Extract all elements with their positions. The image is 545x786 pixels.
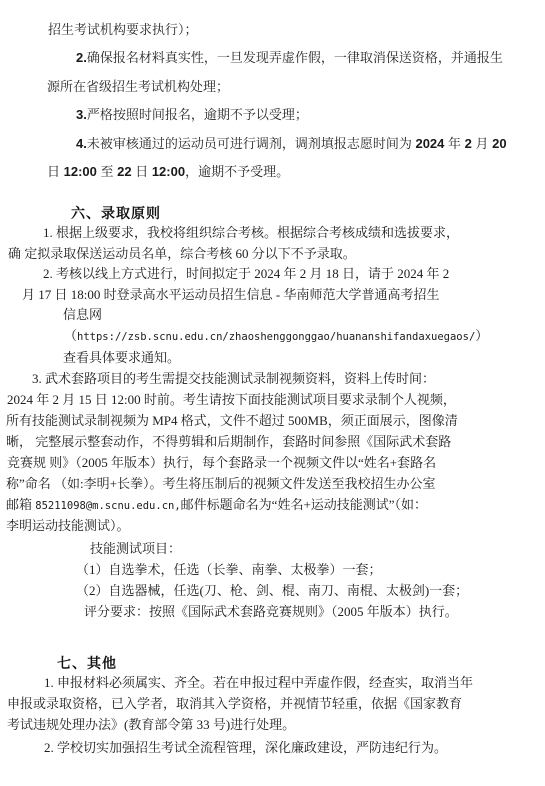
bold-text: 2. (76, 50, 87, 65)
bold-text: 12:00 (152, 164, 185, 179)
text-segment: 考试违规处理办法》(教育部令第 33 号)进行处理。 (7, 717, 295, 732)
section-six-line: （https://zsb.scnu.edu.cn/zhaoshenggongga… (64, 328, 488, 344)
section-seven-heading: 七、其他 (57, 653, 117, 673)
text-segment: 至 (97, 164, 117, 179)
section-six-line: 信息网 (63, 307, 102, 323)
text-segment: 招生考试机构要求执行）； (48, 22, 198, 37)
section-six-line: 所有技能测试录制视频为 MP4 格式，文件不超过 500MB，须正面展示，图像清 (6, 413, 458, 429)
bold-text: 22 (117, 164, 131, 179)
inline-url-text: 85211098@m.scnu.edu.cn, (35, 500, 180, 512)
text-segment: （2）自选器械，任选(刀、枪、剑、棍、南刀、南棍、太极剑)一套； (76, 583, 468, 598)
section-six-line: （1）自选拳术，任选（长拳、南拳、太极拳）一套； (76, 562, 382, 578)
text-segment: 年 (444, 136, 464, 151)
text-segment: 确 定拟录取保送运动员名单，综合考核 60 分以下不予录取。 (8, 246, 356, 261)
section-six-line: 晰， 完整展示整套动作，不得剪辑和后期制作，套路时间参照《国际武术套路 (6, 434, 451, 450)
text-segment: 2. 学校切实加强招生考试全流程管理，深化廉政建设，严防违纪行为。 (44, 740, 447, 755)
text-segment: 源所在省级招生考试机构处理； (47, 79, 229, 94)
bold-text: 4. (76, 136, 87, 151)
text-segment: 邮箱 (6, 497, 35, 512)
preamble-line: 日 12:00 至 22 日 12:00，逾期不予受理。 (47, 164, 289, 180)
bold-text: 2 (465, 136, 472, 151)
bold-text: 12:00 (64, 164, 97, 179)
inline-url-text: https://zsb.scnu.edu.cn/zhaoshenggonggao… (77, 331, 475, 343)
text-segment: 评分要求：按照《国际武术套路竞赛规则》（2005 年版本）执行。 (84, 604, 458, 619)
text-segment: 晰， 完整展示整套动作，不得剪辑和后期制作，套路时间参照《国际武术套路 (6, 434, 451, 449)
bold-text: 3. (76, 107, 87, 122)
section-six-line: 技能测试项目： (90, 541, 181, 557)
text-segment: 2024 年 2 月 15 日 12:00 时前。考生请按下面技能测试项目要求录… (7, 392, 456, 407)
section-six-line: 2024 年 2 月 15 日 12:00 时前。考生请按下面技能测试项目要求录… (7, 392, 456, 408)
text-segment: 严格按照时间报名，逾期不予以受理； (87, 107, 308, 122)
text-segment: ，逾期不予受理。 (185, 164, 289, 179)
text-segment: 称”命名 （如:李明+长拳）。考生将压制后的视频文件发送至我校招生办公室 (6, 476, 435, 491)
section-six-line: （2）自选器械，任选(刀、枪、剑、棍、南刀、南棍、太极剑)一套； (76, 583, 468, 599)
text-segment: 日 (47, 164, 64, 179)
text-segment: （ (64, 328, 77, 343)
text-segment: 李明运动技能测试）。 (6, 518, 130, 533)
text-segment: ） (475, 328, 488, 343)
text-segment: 查看具体要求通知。 (63, 350, 180, 365)
section-six-line: 2. 考核以线上方式进行，时间拟定于 2024 年 2 月 18 日，请于 20… (43, 266, 449, 282)
document-page: 招生考试机构要求执行）；2.确保报名材料真实性，一旦发现弄虚作假，一律取消保送资… (0, 0, 545, 786)
text-segment: 确保报名材料真实性，一旦发现弄虚作假，一律取消保送资格，并通报生 (87, 50, 503, 65)
preamble-line: 4.未被审核通过的运动员可进行调剂，调剂填报志愿时间为 2024 年 2 月 2… (76, 136, 507, 152)
text-segment: 1. 申报材料必须属实、齐全。若在申报过程中弄虚作假，经查实，取消当年 (44, 675, 473, 690)
text-segment: 邮件标题命名为“姓名+运动技能测试”（如： (181, 497, 427, 512)
section-six-line: 评分要求：按照《国际武术套路竞赛规则》（2005 年版本）执行。 (84, 604, 458, 620)
section-six-line: 确 定拟录取保送运动员名单，综合考核 60 分以下不予录取。 (8, 246, 356, 262)
section-six-line: 邮箱 85211098@m.scnu.edu.cn,邮件标题命名为“姓名+运动技… (6, 497, 427, 513)
section-six-line: 查看具体要求通知。 (63, 350, 180, 366)
section-six-line: 称”命名 （如:李明+长拳）。考生将压制后的视频文件发送至我校招生办公室 (6, 476, 435, 492)
text-segment: 2. 考核以线上方式进行，时间拟定于 2024 年 2 月 18 日，请于 20… (43, 266, 449, 281)
section-seven-line: 2. 学校切实加强招生考试全流程管理，深化廉政建设，严防违纪行为。 (44, 740, 447, 756)
section-seven-line: 申报或录取资格，已入学者，取消其入学资格，并视情节轻重，依据《国家教育 (7, 696, 462, 712)
section-six-line: 竞赛规 则》（2005 年版本）执行，每个套路录一个视频文件以“姓名+套路名 (7, 455, 436, 471)
text-segment: 未被审核通过的运动员可进行调剂，调剂填报志愿时间为 (87, 136, 416, 151)
bold-text: 20 (492, 136, 506, 151)
text-segment: 3. 武术套路项目的考生需提交技能测试录制视频资料，资料上传时间： (32, 371, 435, 386)
preamble-line: 3.严格按照时间报名，逾期不予以受理； (76, 107, 308, 123)
text-segment: 月 17 日 18:00 时登录高水平运动员招生信息 - 华南师范大学普通高考招… (22, 287, 439, 302)
text-segment: 日 (132, 164, 152, 179)
section-seven-line: 考试违规处理办法》(教育部令第 33 号)进行处理。 (7, 717, 295, 733)
bold-text: 2024 (415, 136, 444, 151)
text-segment: 所有技能测试录制视频为 MP4 格式，文件不超过 500MB，须正面展示，图像清 (6, 413, 458, 428)
text-segment: 技能测试项目： (90, 541, 181, 556)
section-seven-line: 1. 申报材料必须属实、齐全。若在申报过程中弄虚作假，经查实，取消当年 (44, 675, 473, 691)
text-segment: 月 (472, 136, 492, 151)
preamble-line: 2.确保报名材料真实性，一旦发现弄虚作假，一律取消保送资格，并通报生 (76, 50, 503, 66)
preamble-line: 源所在省级招生考试机构处理； (47, 79, 229, 95)
text-segment: 1. 根据上级要求，我校将组织综合考核。根据综合考核成绩和选拔要求， (43, 225, 459, 240)
section-six-heading: 六、录取原则 (71, 203, 161, 223)
text-segment: （1）自选拳术，任选（长拳、南拳、太极拳）一套； (76, 562, 382, 577)
section-six-line: 3. 武术套路项目的考生需提交技能测试录制视频资料，资料上传时间： (32, 371, 435, 387)
section-six-line: 月 17 日 18:00 时登录高水平运动员招生信息 - 华南师范大学普通高考招… (22, 287, 439, 303)
text-segment: 竞赛规 则》（2005 年版本）执行，每个套路录一个视频文件以“姓名+套路名 (7, 455, 436, 470)
section-six-line: 1. 根据上级要求，我校将组织综合考核。根据综合考核成绩和选拔要求， (43, 225, 459, 241)
preamble-line: 招生考试机构要求执行）； (48, 22, 198, 38)
text-segment: 信息网 (63, 307, 102, 322)
section-six-line: 李明运动技能测试）。 (6, 518, 130, 534)
text-segment: 申报或录取资格，已入学者，取消其入学资格，并视情节轻重，依据《国家教育 (7, 696, 462, 711)
